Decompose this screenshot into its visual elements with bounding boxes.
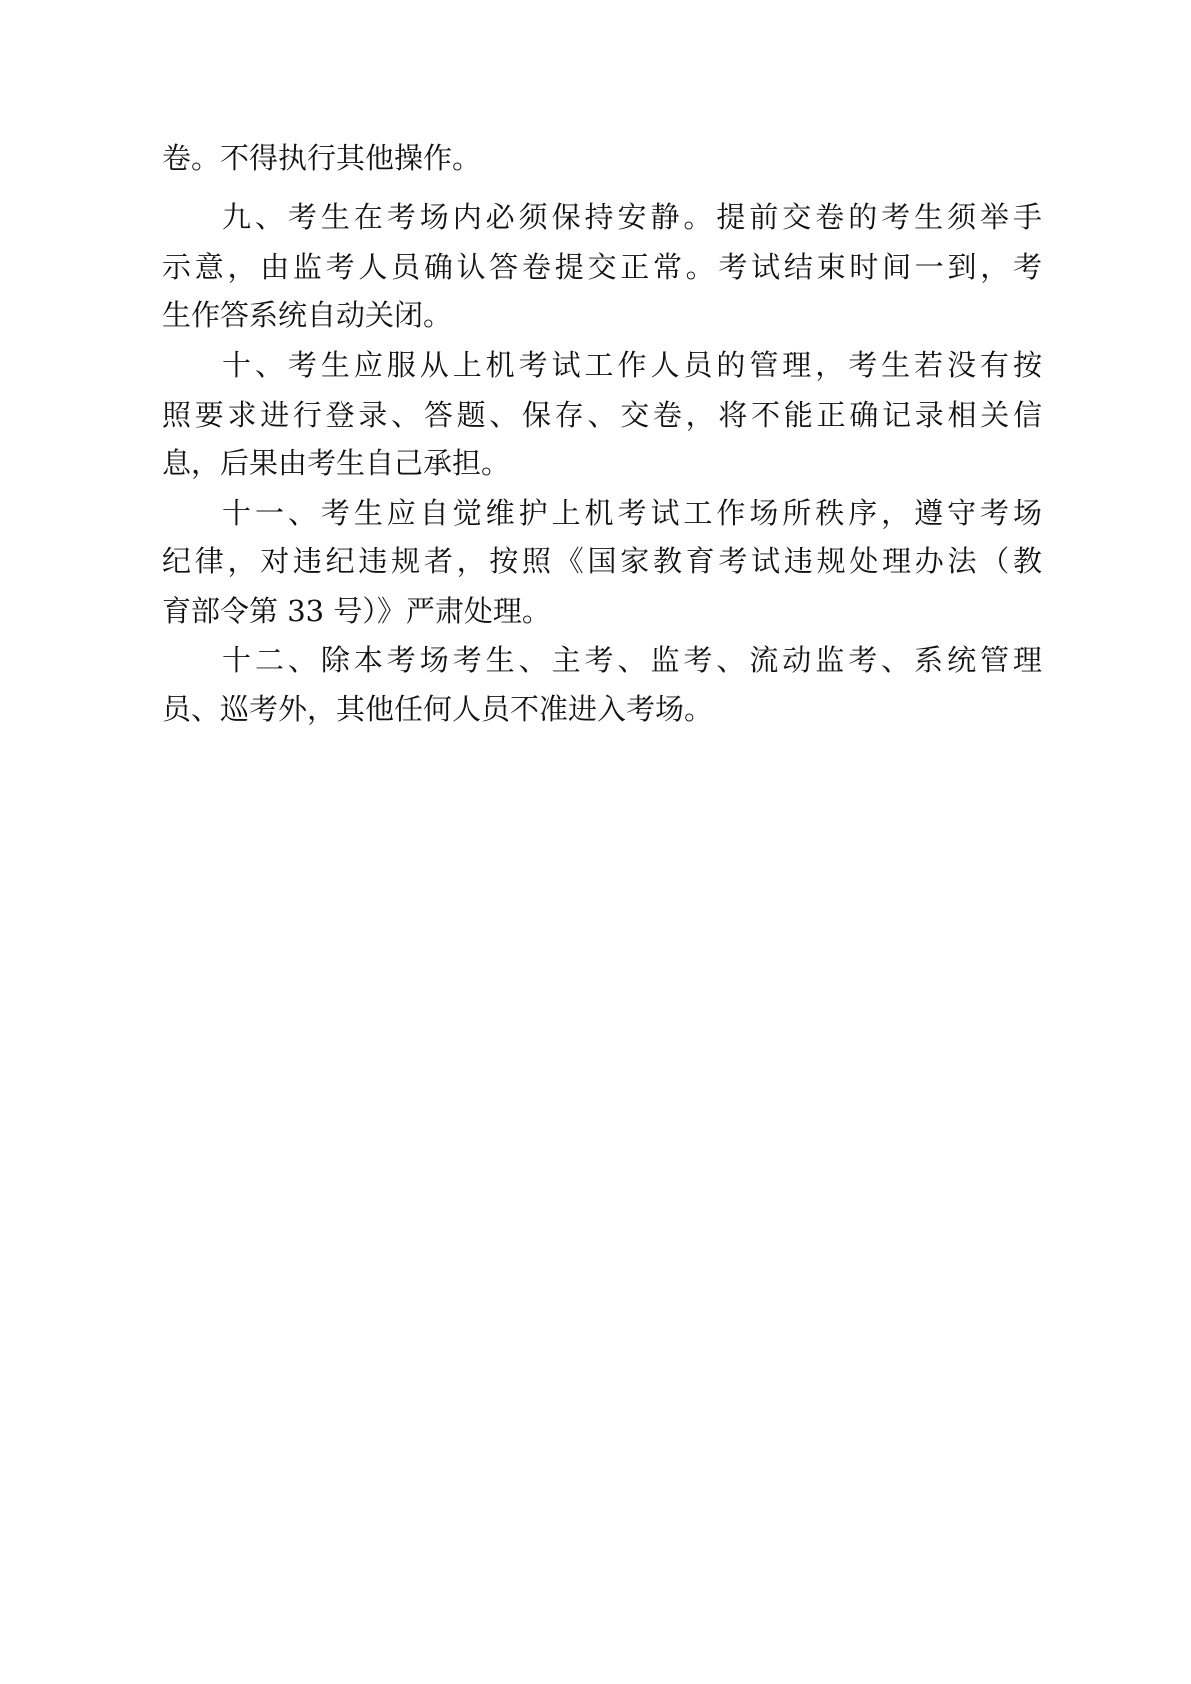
text-line-3: 示意，由监考人员确认答卷提交正常。考试结束时间一到，考 (162, 247, 1042, 287)
text-line-9: 纪律，对违纪违规者，按照《国家教育考试违规处理办法（教 (162, 541, 1042, 581)
text-line-10: 育部令第 33 号）》严肃处理。 (162, 591, 1042, 631)
text-line-1: 卷。不得执行其他操作。 (162, 138, 1042, 178)
text-line-2-item-9: 九、考生在考场内必须保持安静。提前交卷的考生须举手 (222, 197, 1042, 237)
text-line-12: 员、巡考外，其他任何人员不准进入考场。 (162, 689, 1042, 729)
text-line-5-item-10: 十、考生应服从上机考试工作人员的管理，考生若没有按 (222, 345, 1042, 385)
document-page: 卷。不得执行其他操作。 九、考生在考场内必须保持安静。提前交卷的考生须举手 示意… (0, 0, 1191, 1684)
text-line-11-item-12: 十二、除本考场考生、主考、监考、流动监考、系统管理 (222, 640, 1042, 680)
text-line-6: 照要求进行登录、答题、保存、交卷，将不能正确记录相关信 (162, 395, 1042, 435)
text-line-7: 息，后果由考生自己承担。 (162, 443, 1042, 483)
text-line-4: 生作答系统自动关闭。 (162, 295, 1042, 335)
text-line-8-item-11: 十一、考生应自觉维护上机考试工作场所秩序，遵守考场 (222, 493, 1042, 533)
